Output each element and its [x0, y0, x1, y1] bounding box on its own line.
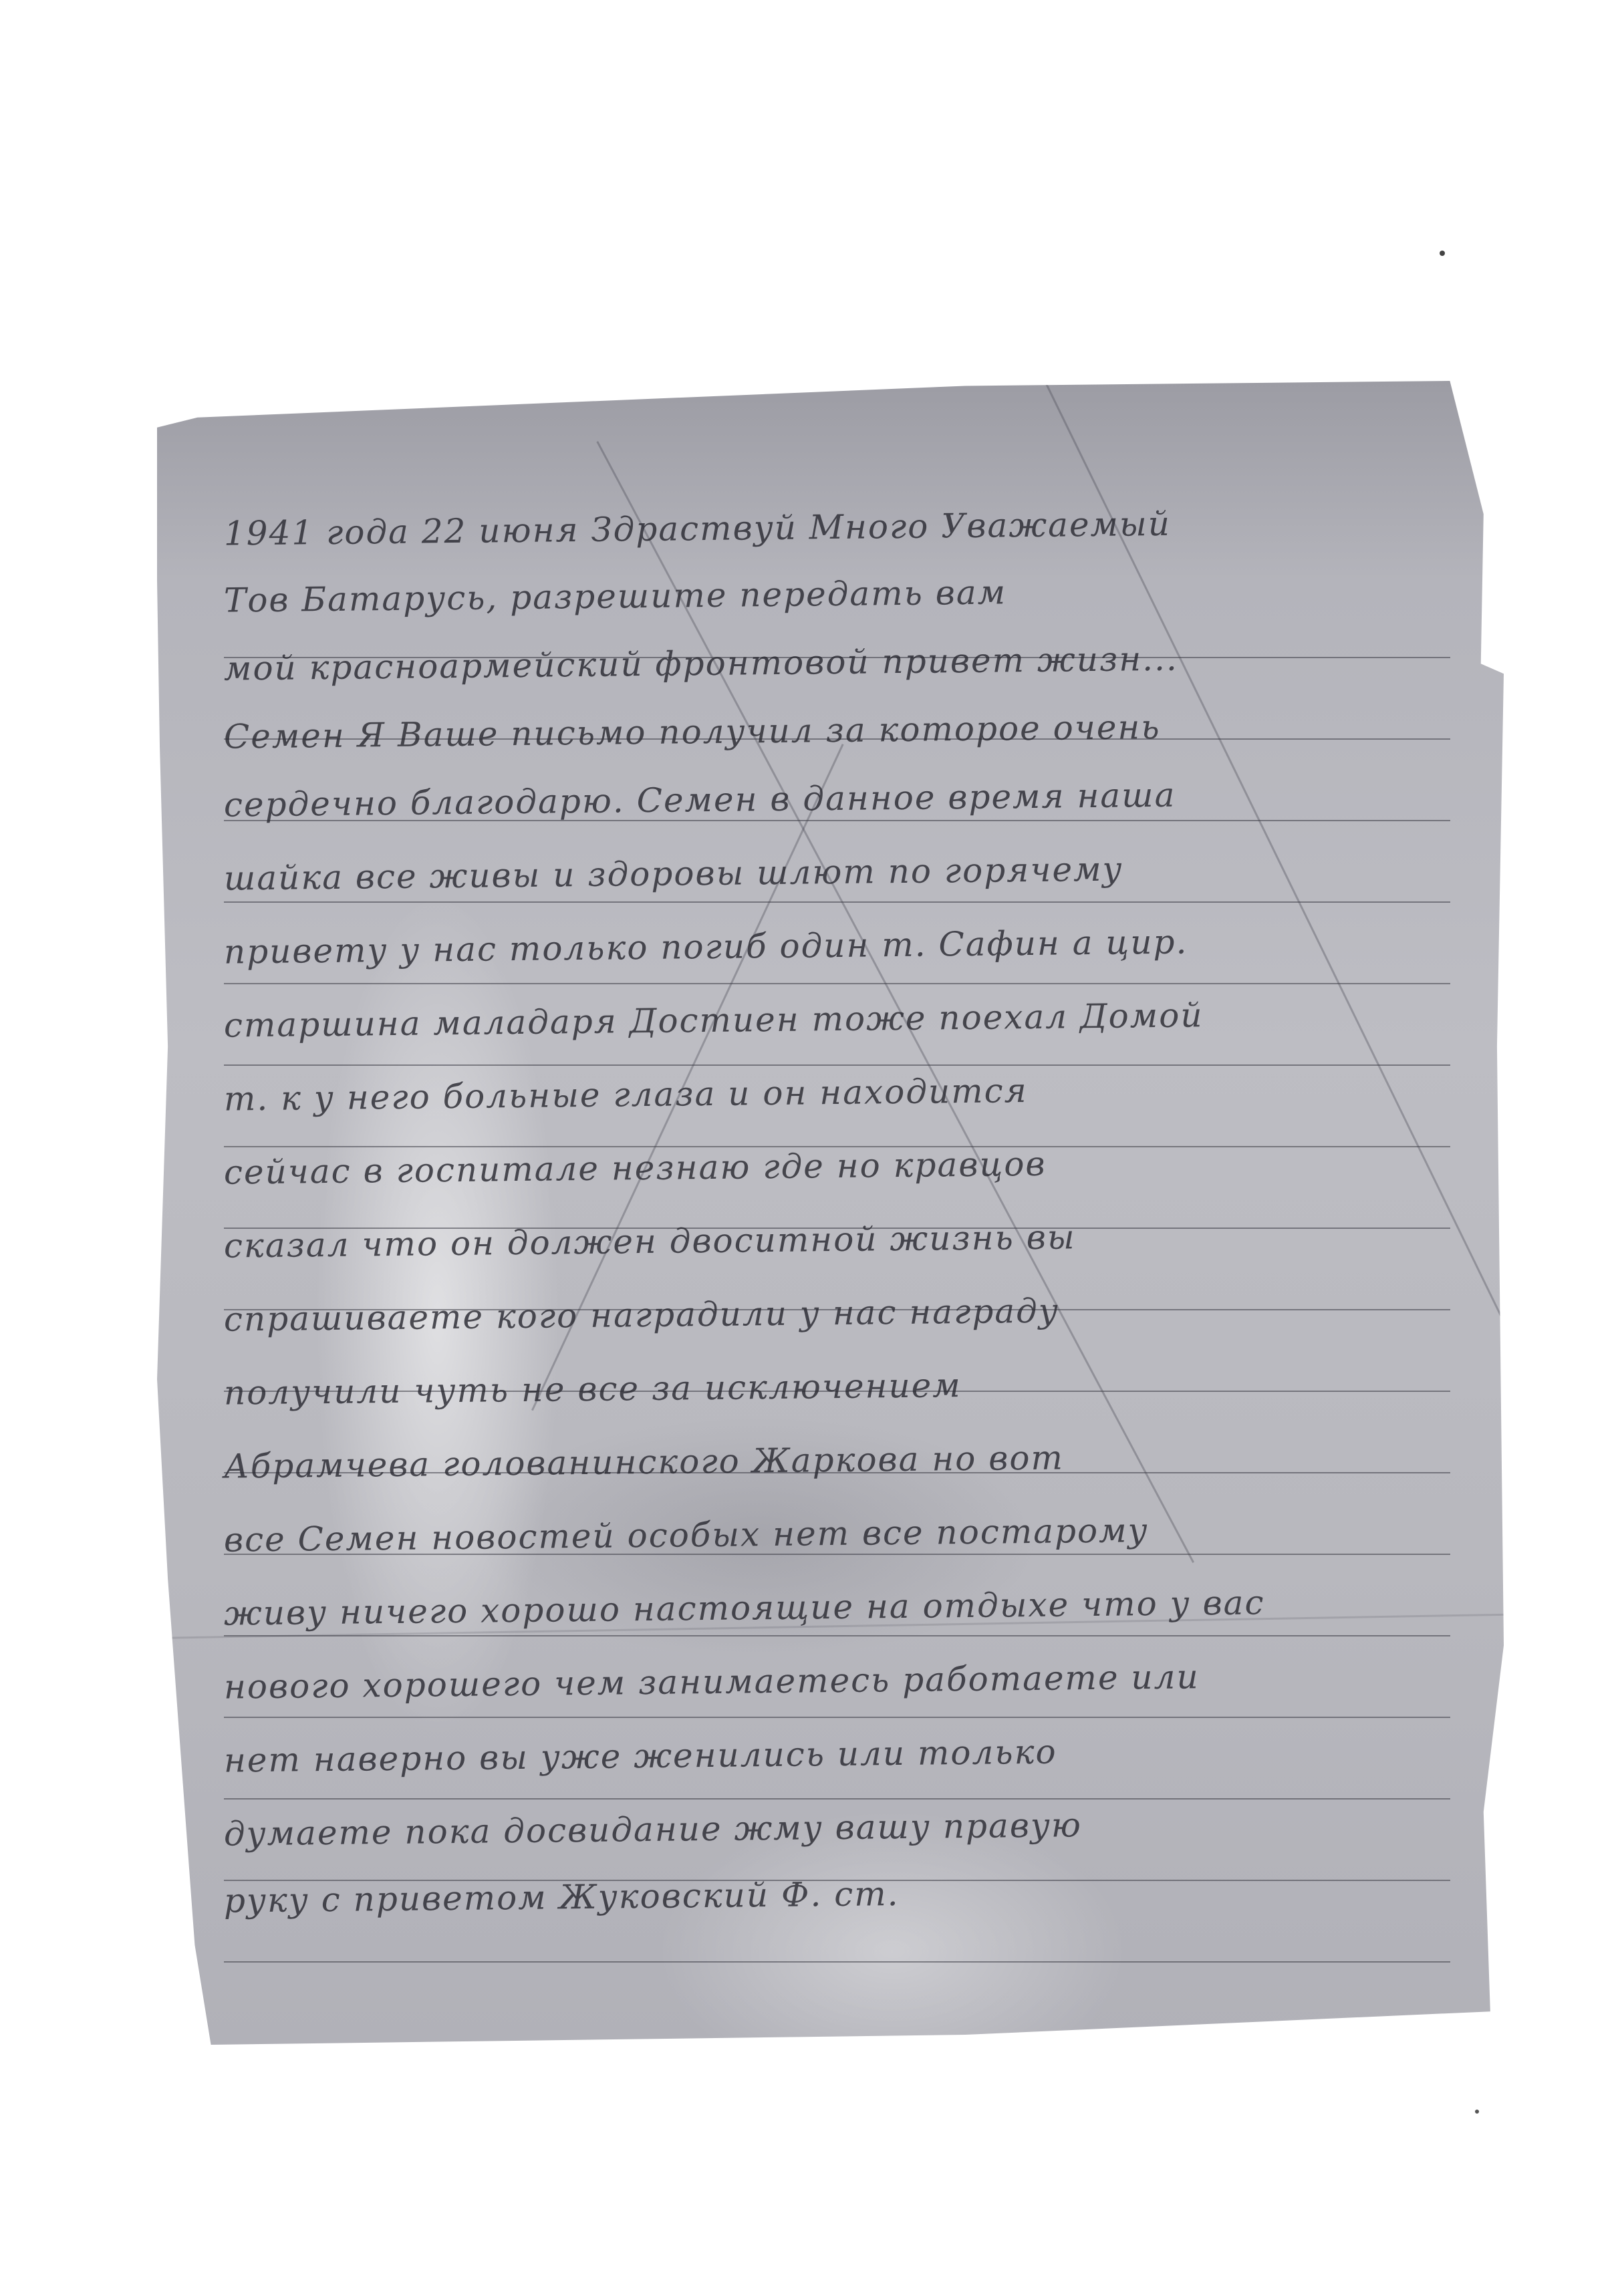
letter-line: получили чуть не все за исключением: [224, 1360, 1451, 1427]
letter-line: сейчас в госпитале незнаю где но кравцов: [224, 1140, 1451, 1206]
letter-line: все Семен новостей особых нет все постар…: [224, 1508, 1451, 1574]
letter-line: привету у нас только погиб один т. Сафин…: [224, 919, 1451, 986]
letter-line: думаете пока досвидание жму вашу правую: [224, 1802, 1451, 1868]
letter-line: сказал что он должен двоситной жизнь вы: [224, 1213, 1451, 1280]
letter-line: мой красноармейский фронтовой привет жиз…: [224, 636, 1451, 702]
letter-signature-line: руку с приветом Жуковский Ф. ст.: [224, 1868, 1451, 1934]
letter-line: живу ничего хорошо настоящие на отдыхе ч…: [224, 1581, 1451, 1647]
letter-line: спрашиваете кого наградили у нас награду: [224, 1287, 1451, 1353]
letter-line: Семен Я Ваше письмо получил за которое о…: [224, 704, 1451, 770]
letter-line: нового хорошего чем занимаетесь работает…: [224, 1655, 1451, 1721]
letter-line: т. к у него больные глаза и он находится: [224, 1066, 1451, 1133]
letter-line: Абрамчева голованинского Жаркова но вот: [224, 1434, 1451, 1500]
letter-line: старшина маладаря Достиен тоже поехал До…: [224, 993, 1451, 1059]
letter-line: сердечно благодарю. Семен в данное время…: [224, 772, 1451, 839]
letter-line: нет наверно вы уже женились или только: [224, 1728, 1451, 1794]
letter-paper: 1941 года 22 июня Здраствуй Много Уважае…: [157, 381, 1504, 2045]
letter-line: 1941 года 22 июня Здраствуй Много Уважае…: [224, 501, 1451, 567]
letter-line: Тов Батарусь, разрешите передать вам: [224, 568, 1451, 634]
